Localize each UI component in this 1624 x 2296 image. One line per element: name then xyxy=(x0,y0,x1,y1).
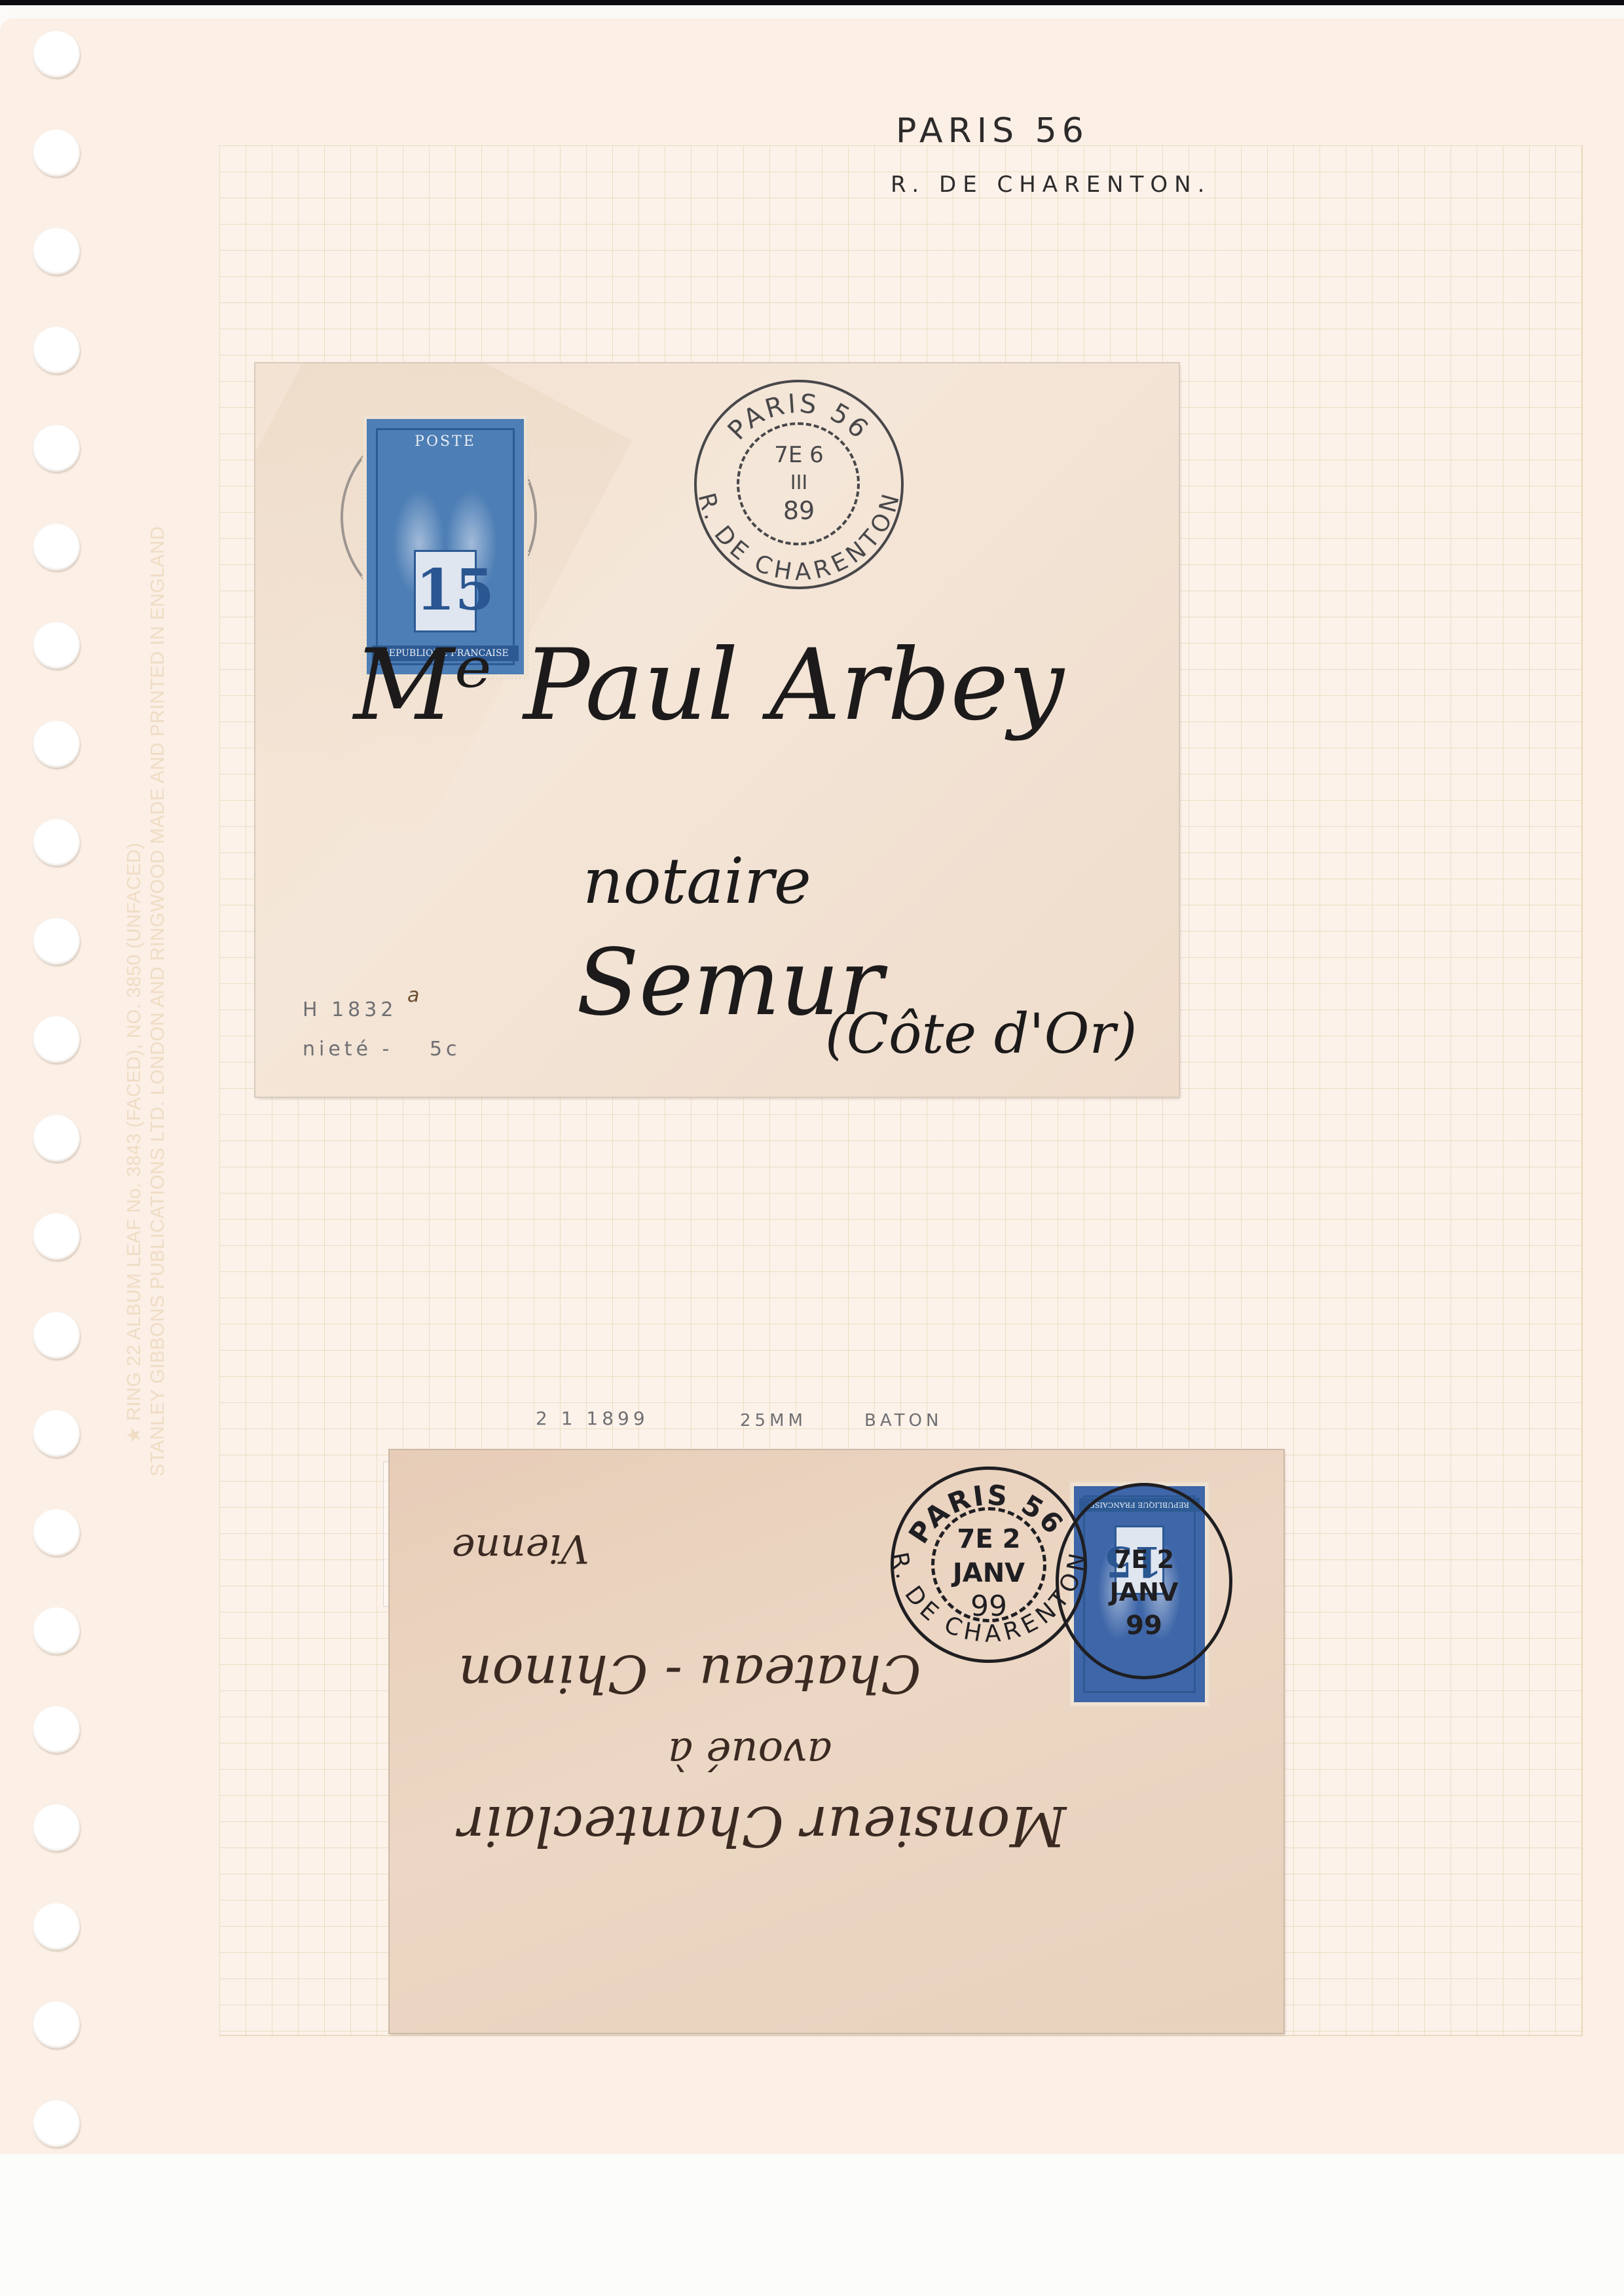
punch-hole xyxy=(33,622,80,669)
postmark-time: 7E xyxy=(774,442,802,468)
cover-2-address-line-1: Monsieur Chanteclair xyxy=(458,1794,1066,1858)
punch-hole xyxy=(33,130,80,177)
cover-1-address-line-1: Mᵉ Paul Arbey xyxy=(354,629,1064,742)
punch-hole xyxy=(33,31,80,78)
punch-hole xyxy=(33,2001,80,2049)
punch-hole xyxy=(33,1607,80,1654)
cover-1-address-line-4: (Côte d'Or) xyxy=(825,1002,1137,1066)
publisher-imprint: ★ RING 22 ALBUM LEAF No. 3843 (FACED), N… xyxy=(115,671,174,1476)
cover-1-address-line-2: notaire xyxy=(583,845,811,918)
leaf-top-strip xyxy=(0,5,1624,20)
scan-bottom-strip xyxy=(0,2154,1624,2296)
imprint-line-1: ★ RING 22 ALBUM LEAF No. 3843 (FACED), N… xyxy=(122,843,145,1444)
postmark-day: 6 xyxy=(809,442,824,468)
punch-hole xyxy=(33,1213,80,1260)
cover-2-postmark: PARIS 56 R. DE CHARENTON 7E 2 JANV 99 xyxy=(891,1467,1087,1663)
punch-hole xyxy=(33,1706,80,1753)
punch-hole xyxy=(33,1312,80,1359)
svg-text:PARIS 56: PARIS 56 xyxy=(722,388,876,446)
cover-1-postmark: PARIS 56 R. DE CHARENTON 7E 6 III 89 xyxy=(694,380,904,589)
cover-2-caption-type: BATON xyxy=(864,1411,942,1430)
punch-hole xyxy=(33,1804,80,1851)
cover-2-address-line-2: avoué à xyxy=(668,1728,832,1777)
cover-2-caption-date: 2 1 1899 xyxy=(536,1408,649,1429)
page-subtitle: R. DE CHARENTON. xyxy=(891,172,1211,198)
stamp-value: 15 xyxy=(414,550,477,632)
punch-hole xyxy=(33,1115,80,1162)
cover-2-address-line-3: Chateau - Chinon xyxy=(458,1643,921,1704)
cover-2-caption-size: 25MM xyxy=(740,1411,807,1430)
postmark-day: 2 xyxy=(1003,1524,1021,1554)
punch-hole xyxy=(33,425,80,472)
cover-2-address-line-4: Vienne xyxy=(452,1525,589,1571)
punch-hole xyxy=(33,1410,80,1457)
punch-hole xyxy=(33,819,80,866)
postmark-month: III xyxy=(694,471,904,494)
page-title: PARIS 56 xyxy=(896,111,1089,151)
cover-1-pencil-note-line-2: nieté - 5c xyxy=(303,1038,461,1061)
punch-hole xyxy=(33,327,80,374)
postmark-time: 7E xyxy=(957,1524,993,1554)
punch-hole xyxy=(33,1509,80,1556)
scan-top-edge xyxy=(0,0,1624,5)
punch-hole xyxy=(33,918,80,965)
stamp-top-label: POSTE xyxy=(367,433,524,450)
punch-hole xyxy=(33,1903,80,1950)
postmark-year: 89 xyxy=(694,496,904,525)
punch-hole xyxy=(33,2100,80,2147)
postmark-month: JANV xyxy=(891,1558,1087,1588)
imprint-line-2: STANLEY GIBBONS PUBLICATIONS LTD. LONDON… xyxy=(147,526,169,1476)
cover-1-pencil-note-line-1: H 1832 a xyxy=(303,998,423,1021)
punch-hole xyxy=(33,721,80,768)
postmark-year: 99 xyxy=(891,1590,1087,1623)
punch-hole xyxy=(33,228,80,275)
punch-hole xyxy=(33,524,80,571)
punch-hole xyxy=(33,1016,80,1063)
